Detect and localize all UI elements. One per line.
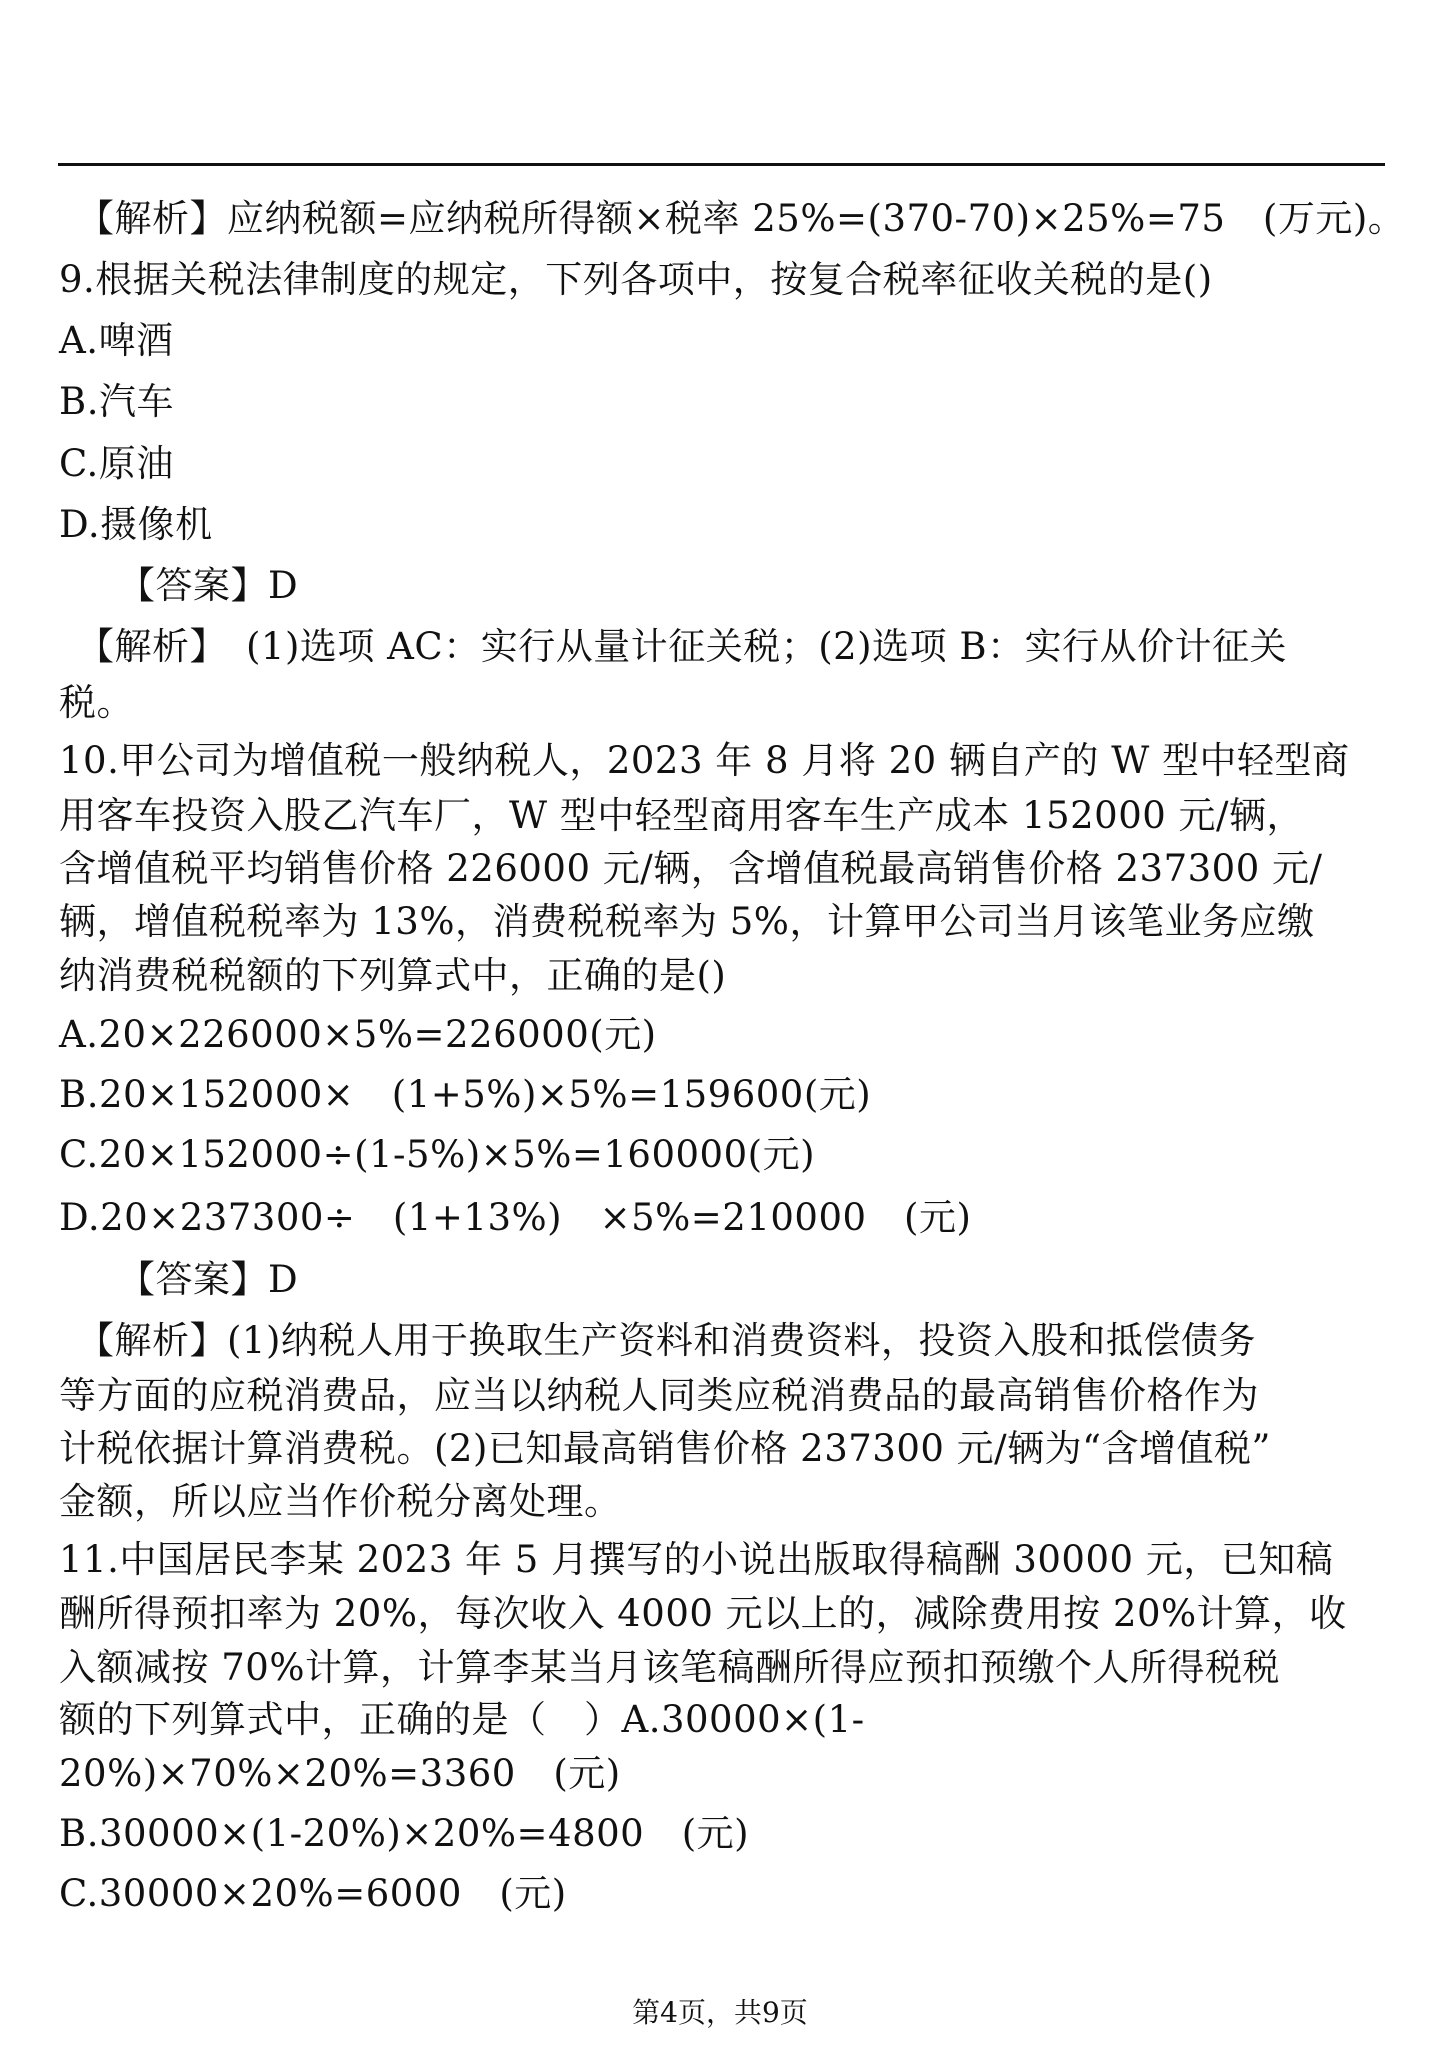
question-10-option-d: D.20×237300÷ (1+13%) ×5%=210000 (元): [59, 1197, 971, 1239]
question-11-stem-line-1: 11.中国居民李某 2023 年 5 月撰写的小说出版取得稿酬 30000 元，…: [59, 1539, 1333, 1581]
question-10-stem-line-1: 10.甲公司为增值税一般纳税人，2023 年 8 月将 20 辆自产的 W 型中…: [59, 740, 1349, 782]
question-9-analysis-line-1: 【解析】 (1)选项 AC：实行从量计征关税；(2)选项 B：实行从价计征关: [77, 626, 1287, 668]
page-footer: 第4页，共9页: [0, 1996, 1440, 2030]
question-10-stem-line-3: 含增值税平均销售价格 226000 元/辆，含增值税最高销售价格 237300 …: [59, 848, 1322, 890]
question-10-stem-line-2: 用客车投资入股乙汽车厂，W 型中轻型商用客车生产成本 152000 元/辆，: [59, 795, 1304, 837]
question-11-stem-line-2: 酬所得预扣率为 20%，每次收入 4000 元以上的，减除费用按 20%计算，收: [59, 1593, 1347, 1635]
question-11-option-a-cont: 20%)×70%×20%=3360 (元): [59, 1753, 621, 1795]
question-10-option-b: B.20×152000× (1+5%)×5%=159600(元): [59, 1074, 871, 1116]
question-10-analysis-line-2: 等方面的应税消费品，应当以纳税人同类应税消费品的最高销售价格作为: [59, 1375, 1259, 1417]
question-11-option-b: B.30000×(1-20%)×20%=4800 (元): [59, 1813, 749, 1855]
question-11-stem-line-4: 额的下列算式中，正确的是（ ）A.30000×(1-: [59, 1699, 865, 1741]
question-10-option-c: C.20×152000÷(1-5%)×5%=160000(元): [59, 1134, 815, 1176]
question-10-analysis-line-4: 金额，所以应当作价税分离处理。: [59, 1481, 622, 1523]
question-9-option-c: C.原油: [59, 443, 174, 485]
question-10-stem-line-4: 辆，增值税税率为 13%，消费税税率为 5%，计算甲公司当月该笔业务应缴: [59, 901, 1314, 943]
question-10-analysis-line-3: 计税依据计算消费税。(2)已知最高销售价格 237300 元/辆为“含增值税”: [59, 1428, 1271, 1470]
question-10-stem-line-5: 纳消费税税额的下列算式中，正确的是(): [59, 955, 726, 997]
analysis-q8: 【解析】应纳税额=应纳税所得额×税率 25%=(370-70)×25%=75 (…: [77, 198, 1405, 240]
header-rule: [58, 163, 1385, 166]
question-11-stem-line-3: 入额减按 70%计算，计算李某当月该笔稿酬所得应预扣预缴个人所得税税: [59, 1647, 1280, 1689]
question-9-option-b: B.汽车: [59, 381, 174, 423]
question-10-answer: 【答案】D: [118, 1259, 298, 1301]
question-9-answer: 【答案】D: [118, 565, 298, 607]
question-11-option-c: C.30000×20%=6000 (元): [59, 1873, 567, 1915]
question-9-option-d: D.摄像机: [59, 504, 213, 546]
question-10-analysis-line-1: 【解析】(1)纳税人用于换取生产资料和消费资料，投资入股和抵偿债务: [77, 1320, 1256, 1362]
question-9-option-a: A.啤酒: [59, 320, 173, 362]
document-page: 【解析】应纳税额=应纳税所得额×税率 25%=(370-70)×25%=75 (…: [0, 0, 1440, 2052]
question-9-analysis-line-2: 税。: [59, 682, 134, 724]
question-10-option-a: A.20×226000×5%=226000(元): [59, 1014, 657, 1056]
question-9-stem: 9.根据关税法律制度的规定，下列各项中，按复合税率征收关税的是(): [59, 259, 1213, 301]
